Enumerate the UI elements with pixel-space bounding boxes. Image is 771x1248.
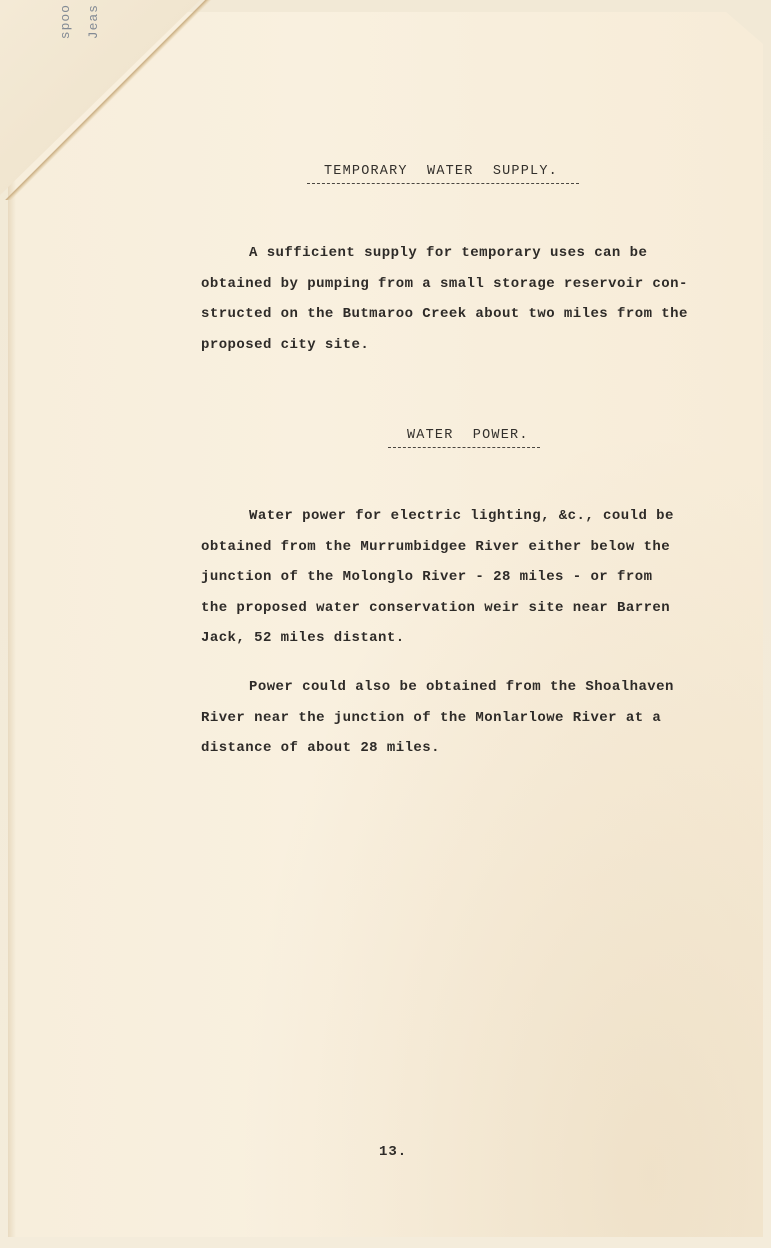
text-line: Power could also be obtained from the Sh… [201,672,726,703]
text-line: A sufficient supply for temporary uses c… [201,238,726,269]
section-heading-water-power: WATER POWER. [388,428,540,448]
text-line: junction of the Molonglo River - 28 mile… [201,562,726,593]
paragraph-water-power-shoalhaven: Power could also be obtained from the Sh… [201,672,726,764]
page-number: 13. [379,1144,407,1160]
text-line: obtained by pumping from a small storage… [201,269,726,300]
paragraph-water-power-murrumbidgee: Water power for electric lighting, &c., … [201,501,726,654]
text-line: the proposed water conservation weir sit… [201,593,726,624]
text-line: Water power for electric lighting, &c., … [201,501,726,532]
text-line: Jack, 52 miles distant. [201,623,726,654]
text-line: distance of about 28 miles. [201,733,726,764]
document-content: TEMPORARY WATER SUPPLY. A sufficient sup… [0,0,771,1248]
section-heading-temporary-water-supply: TEMPORARY WATER SUPPLY. [307,164,579,184]
text-line: River near the junction of the Monlarlow… [201,703,726,734]
paragraph-temporary-water-supply: A sufficient supply for temporary uses c… [201,238,726,360]
text-line: obtained from the Murrumbidgee River eit… [201,532,726,563]
text-line: proposed city site. [201,330,726,361]
text-line: structed on the Butmaroo Creek about two… [201,299,726,330]
